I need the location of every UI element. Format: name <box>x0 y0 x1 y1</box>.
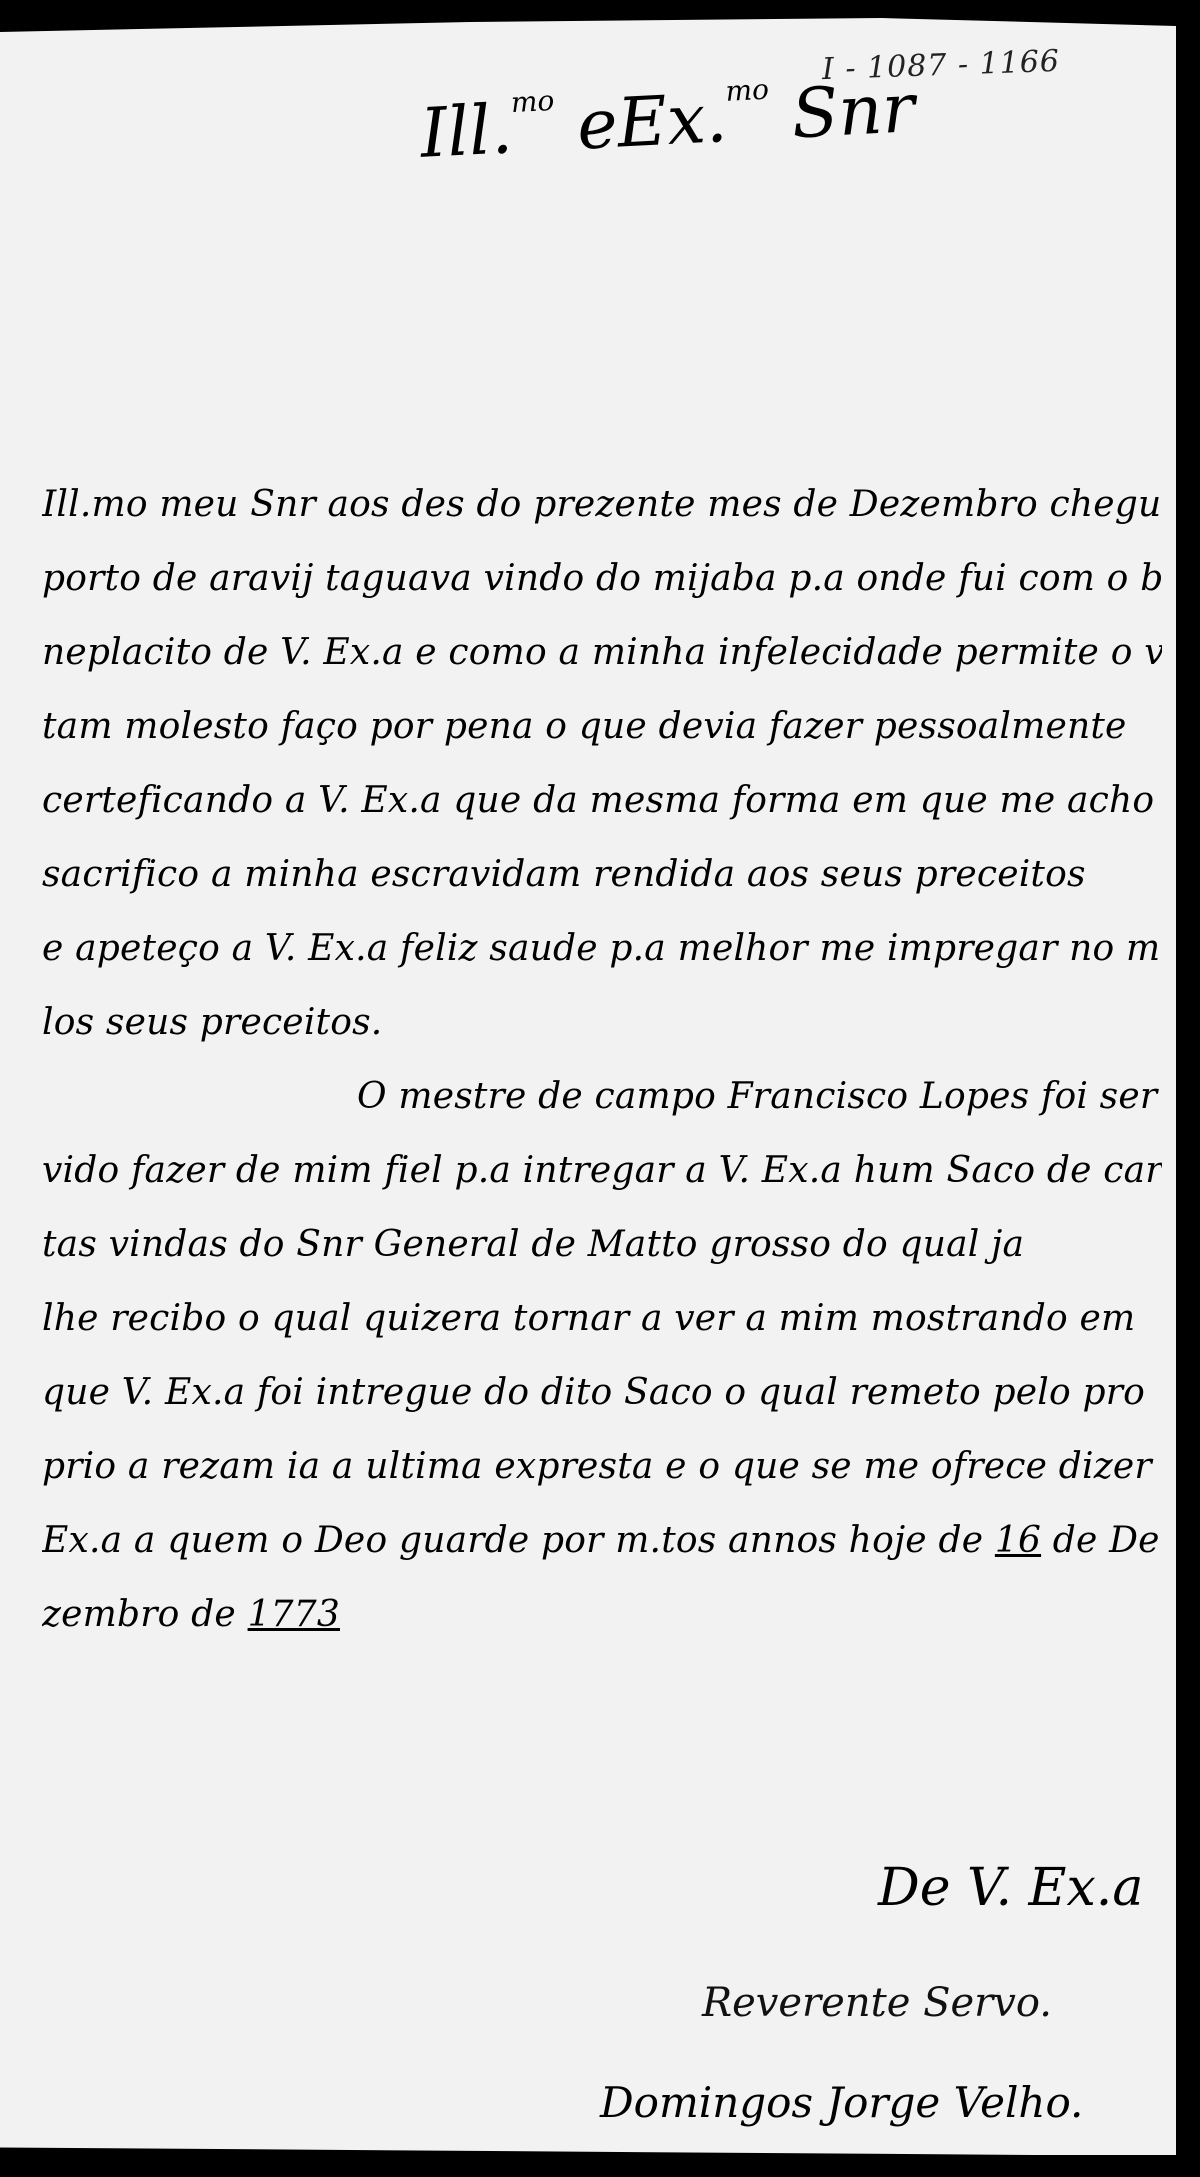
salutation-third: Snr <box>790 69 917 154</box>
closing-address: De V. Ex.a <box>878 1858 1143 1918</box>
body-line: Ill.mo meu Snr aos des do prezente mes d… <box>42 468 1162 542</box>
signature: Domingos Jorge Velho. <box>600 2078 1083 2127</box>
date-line: Ex.a a quem o Deo guarde por m.tos annos… <box>42 1504 1162 1578</box>
scan-border-bottom <box>0 2155 1200 2177</box>
body-line: sacrifico a minha escravidam rendida aos… <box>42 838 1162 912</box>
salutation-second: eEx. <box>575 79 729 166</box>
date-year: 1773 <box>248 1594 340 1635</box>
scan-border-right <box>1176 0 1200 2177</box>
closing-servant: Reverente Servo. <box>702 1980 1052 2026</box>
body-line: tam molesto faço por pena o que devia fa… <box>42 690 1162 764</box>
body-line: prio a rezam ia a ultima expresta e o qu… <box>42 1430 1162 1504</box>
body-line: e apeteço a V. Ex.a feliz saude p.a melh… <box>42 912 1162 986</box>
body-line: vido fazer de mim fiel p.a intregar a V.… <box>42 1134 1162 1208</box>
body-line: tas vindas do Snr General de Matto gross… <box>42 1208 1162 1282</box>
year-line: zembro de 1773 <box>42 1578 1162 1652</box>
body-line: porto de aravij taguava vindo do mijaba … <box>42 542 1162 616</box>
body-line: neplacito de V. Ex.a e como a minha infe… <box>42 616 1162 690</box>
body-line: los seus preceitos. <box>42 986 1162 1060</box>
letter-body: Ill.mo meu Snr aos des do prezente mes d… <box>42 468 1162 1652</box>
paragraph-2-first-line: O mestre de campo Francisco Lopes foi se… <box>42 1060 1162 1134</box>
body-line: certeficando a V. Ex.a que da mesma form… <box>42 764 1162 838</box>
body-line: que V. Ex.a foi intregue do dito Saco o … <box>42 1356 1162 1430</box>
salutation-main: Ill. <box>418 90 514 174</box>
body-line: lhe recibo o qual quizera tornar a ver a… <box>42 1282 1162 1356</box>
manuscript-page: I - 1087 - 1166 Ill.mo eEx.mo Snr Ill.mo… <box>0 18 1176 2156</box>
salutation-heading: Ill.mo eEx.mo Snr <box>418 65 916 174</box>
date-day: 16 <box>995 1520 1041 1561</box>
